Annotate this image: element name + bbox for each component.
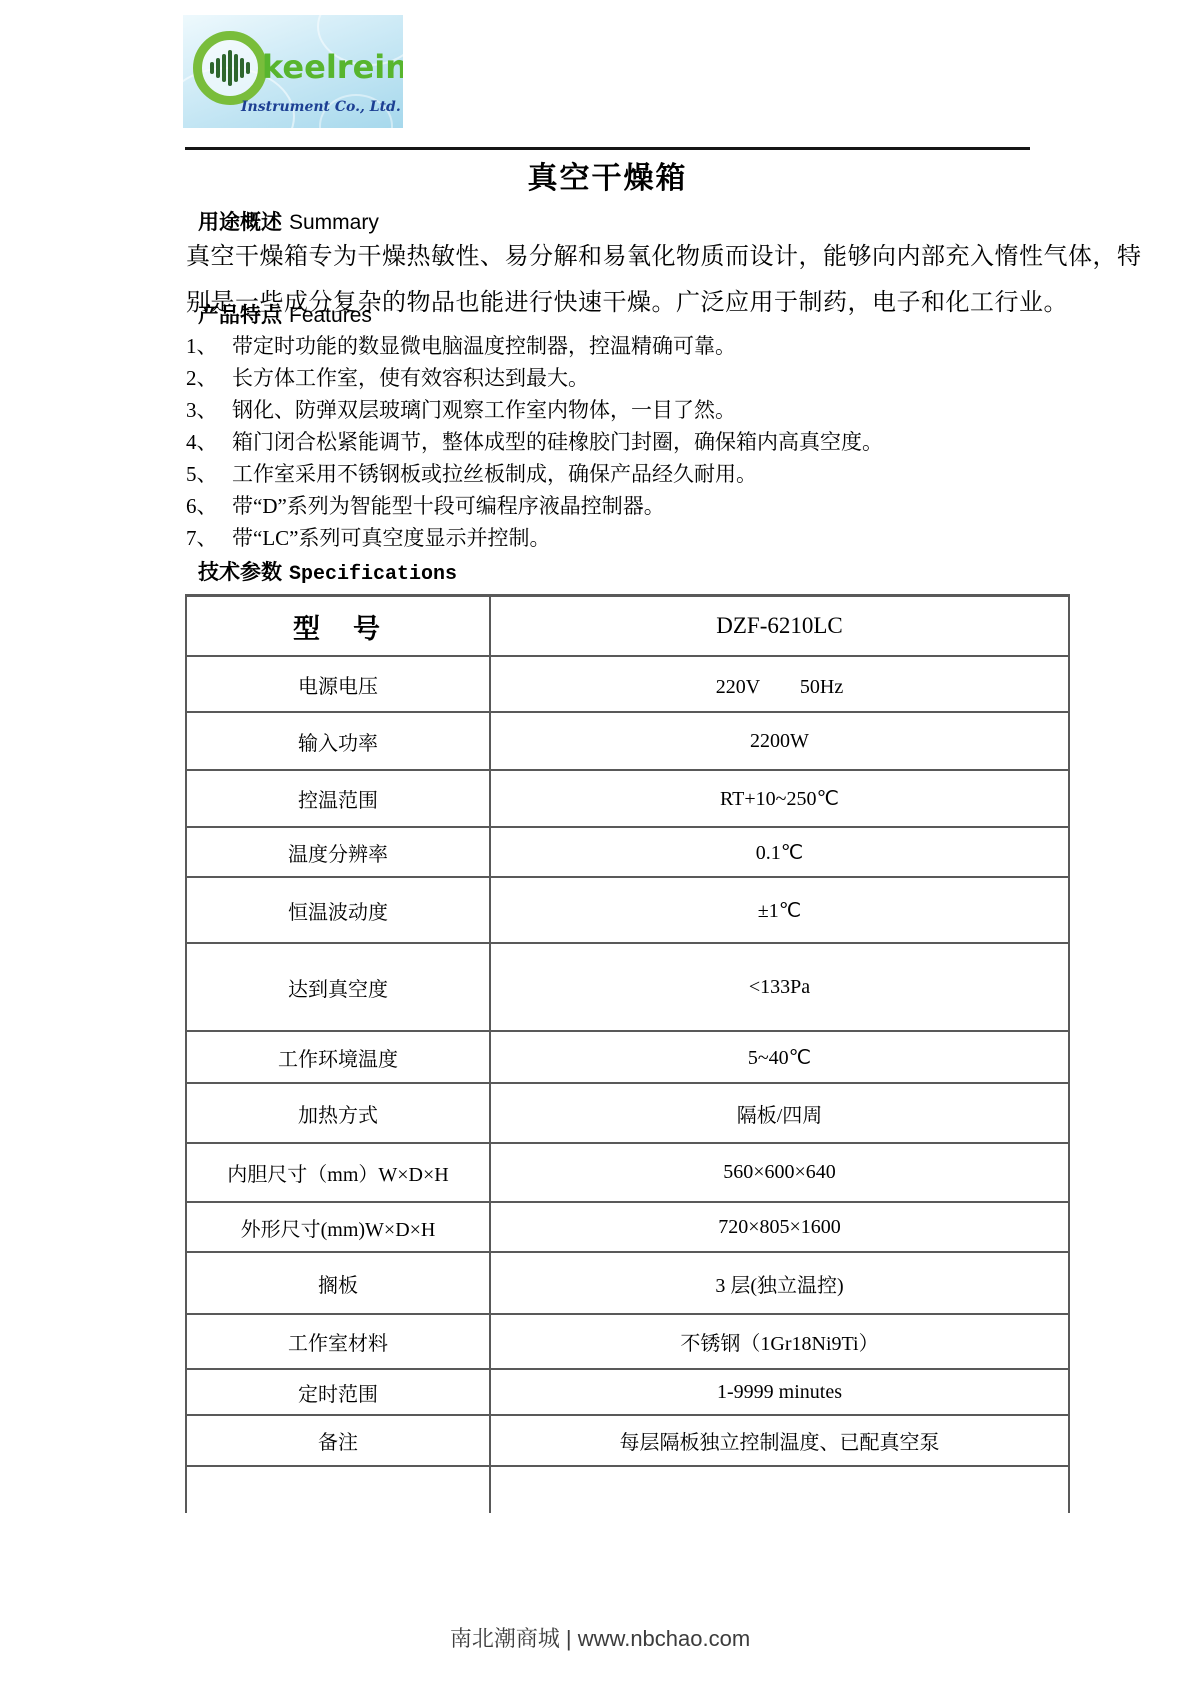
list-item-number: 7、 <box>186 522 232 554</box>
row-value: ±1℃ <box>489 878 1070 942</box>
table-row: 电源电压 220V 50Hz <box>185 657 1070 713</box>
row-label: 内胆尺寸（mm）W×D×H <box>185 1144 489 1201</box>
list-item-text: 钢化、防弹双层玻璃门观察工作室内物体，一目了然。 <box>232 394 736 426</box>
table-row: 工作环境温度 5~40℃ <box>185 1032 1070 1084</box>
header-divider <box>185 147 1030 150</box>
table-row: 备注 每层隔板独立控制温度、已配真空泵 <box>185 1416 1070 1467</box>
spec-table: 型 号 DZF-6210LC 电源电压 220V 50Hz 输入功率 2200W… <box>185 594 1070 1513</box>
features-heading: 产品特点Features <box>198 299 372 329</box>
list-item-number: 2、 <box>186 362 232 394</box>
page-footer: 南北潮商城 | www.nbchao.com <box>0 1622 1200 1653</box>
table-row: 恒温波动度 ±1℃ <box>185 878 1070 944</box>
row-value: 不锈钢（1Gr18Ni9Ti） <box>489 1315 1070 1368</box>
table-row: 达到真空度 <133Pa <box>185 944 1070 1032</box>
company-name-en: Instrument Co., Ltd. <box>241 99 401 115</box>
summary-line: 真空干燥箱专为干燥热敏性、易分解和易氧化物质而设计，能够向内部充入惰性气体，特 <box>186 234 1176 280</box>
row-label: 型 号 <box>185 597 489 655</box>
summary-heading: 用途概述Summary <box>198 206 379 236</box>
company-logo: keelrein® Instrument Co., Ltd.齐欣 <box>183 15 403 128</box>
table-row: 温度分辨率 0.1℃ <box>185 828 1070 878</box>
company-name: Instrument Co., Ltd.齐欣 <box>241 99 403 115</box>
specs-heading: 技术参数Specifications <box>198 556 457 586</box>
table-row: 控温范围 RT+10~250℃ <box>185 771 1070 828</box>
row-label: 备注 <box>185 1416 489 1465</box>
list-item: 5、 工作室采用不锈钢板或拉丝板制成，确保产品经久耐用。 <box>186 458 1176 490</box>
row-value: 560×600×640 <box>489 1144 1070 1201</box>
specs-heading-en: Specifications <box>289 563 457 586</box>
features-heading-cn: 产品特点 <box>198 304 282 327</box>
list-item: 1、 带定时功能的数显微电脑温度控制器，控温精确可靠。 <box>186 330 1176 362</box>
logo-waveform-ring-icon <box>193 31 267 105</box>
row-value: 1-9999 minutes <box>489 1370 1070 1414</box>
row-label: 工作环境温度 <box>185 1032 489 1082</box>
table-row-empty <box>185 1467 1070 1513</box>
features-list: 1、 带定时功能的数显微电脑温度控制器，控温精确可靠。 2、 长方体工作室，使有… <box>186 330 1176 554</box>
row-value: 隔板/四周 <box>489 1084 1070 1142</box>
row-value <box>489 1467 1070 1513</box>
brand-name: keelrein® <box>262 48 403 86</box>
table-row: 内胆尺寸（mm）W×D×H 560×600×640 <box>185 1144 1070 1203</box>
table-row: 加热方式 隔板/四周 <box>185 1084 1070 1144</box>
row-label <box>185 1467 489 1513</box>
list-item-number: 3、 <box>186 394 232 426</box>
row-label: 工作室材料 <box>185 1315 489 1368</box>
list-item-number: 6、 <box>186 490 232 522</box>
brand-text: keelrein <box>262 48 403 86</box>
list-item-text: 带“D”系列为智能型十段可编程序液晶控制器。 <box>232 490 665 522</box>
list-item: 6、 带“D”系列为智能型十段可编程序液晶控制器。 <box>186 490 1176 522</box>
list-item-number: 1、 <box>186 330 232 362</box>
row-value: DZF-6210LC <box>489 597 1070 655</box>
row-value: 0.1℃ <box>489 828 1070 876</box>
features-heading-en: Features <box>289 304 372 327</box>
row-value: 220V 50Hz <box>489 657 1070 711</box>
list-item-text: 带定时功能的数显微电脑温度控制器，控温精确可靠。 <box>232 330 736 362</box>
row-label: 控温范围 <box>185 771 489 826</box>
row-label: 输入功率 <box>185 713 489 769</box>
table-row: 工作室材料 不锈钢（1Gr18Ni9Ti） <box>185 1315 1070 1370</box>
row-label: 达到真空度 <box>185 944 489 1030</box>
list-item-number: 4、 <box>186 426 232 458</box>
row-label: 电源电压 <box>185 657 489 711</box>
list-item-text: 工作室采用不锈钢板或拉丝板制成，确保产品经久耐用。 <box>232 458 757 490</box>
row-value: RT+10~250℃ <box>489 771 1070 826</box>
row-value: 720×805×1600 <box>489 1203 1070 1251</box>
table-row: 输入功率 2200W <box>185 713 1070 771</box>
row-label: 搁板 <box>185 1253 489 1313</box>
list-item: 7、 带“LC”系列可真空度显示并控制。 <box>186 522 1176 554</box>
specs-heading-cn: 技术参数 <box>198 561 282 584</box>
row-label: 加热方式 <box>185 1084 489 1142</box>
table-row: 型 号 DZF-6210LC <box>185 597 1070 657</box>
row-label: 恒温波动度 <box>185 878 489 942</box>
table-row: 外形尺寸(mm)W×D×H 720×805×1600 <box>185 1203 1070 1253</box>
footer-text: 南北潮商城 | www.nbchao.com <box>450 1626 750 1651</box>
table-row: 搁板 3 层(独立温控) <box>185 1253 1070 1315</box>
list-item-text: 箱门闭合松紧能调节，整体成型的硅橡胶门封圈，确保箱内高真空度。 <box>232 426 883 458</box>
list-item: 3、 钢化、防弹双层玻璃门观察工作室内物体，一目了然。 <box>186 394 1176 426</box>
logo-waveform-bars-icon <box>210 50 250 86</box>
summary-heading-cn: 用途概述 <box>198 211 282 234</box>
list-item: 2、 长方体工作室，使有效容积达到最大。 <box>186 362 1176 394</box>
row-value: 2200W <box>489 713 1070 769</box>
row-value: <133Pa <box>489 944 1070 1030</box>
list-item-text: 长方体工作室，使有效容积达到最大。 <box>232 362 589 394</box>
row-value: 3 层(独立温控) <box>489 1253 1070 1313</box>
summary-heading-en: Summary <box>289 211 379 234</box>
row-label: 定时范围 <box>185 1370 489 1414</box>
list-item: 4、 箱门闭合松紧能调节，整体成型的硅橡胶门封圈，确保箱内高真空度。 <box>186 426 1176 458</box>
row-label: 温度分辨率 <box>185 828 489 876</box>
row-value: 每层隔板独立控制温度、已配真空泵 <box>489 1416 1070 1465</box>
list-item-text: 带“LC”系列可真空度显示并控制。 <box>232 522 550 554</box>
table-row: 定时范围 1-9999 minutes <box>185 1370 1070 1416</box>
list-item-number: 5、 <box>186 458 232 490</box>
page-title: 真空干燥箱 <box>185 153 1030 197</box>
row-value: 5~40℃ <box>489 1032 1070 1082</box>
row-label: 外形尺寸(mm)W×D×H <box>185 1203 489 1251</box>
